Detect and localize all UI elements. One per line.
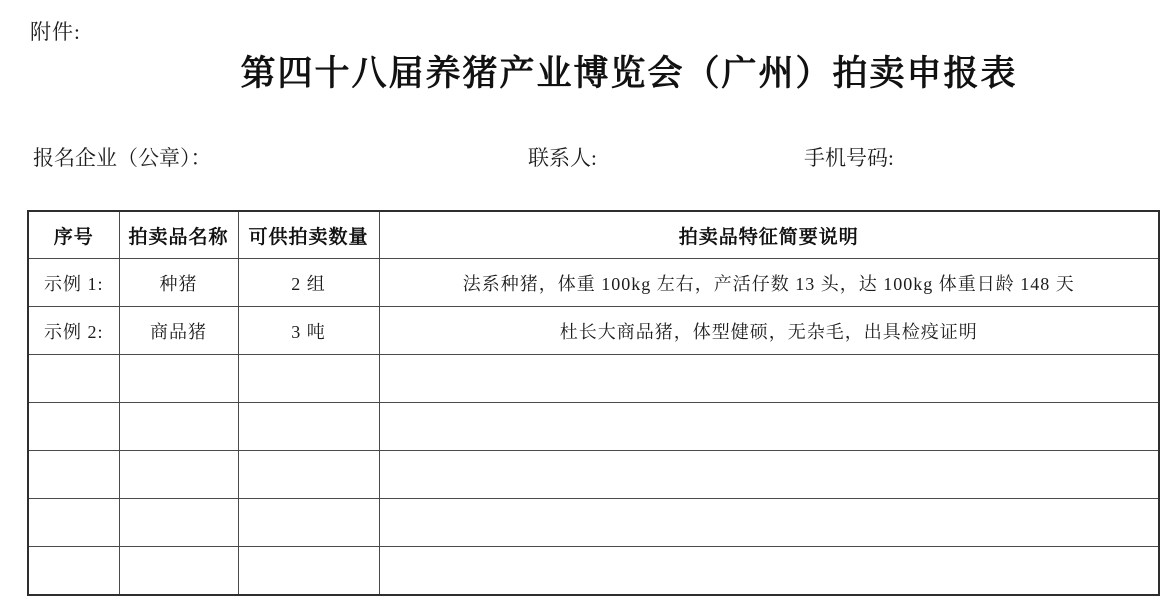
cell-seq: 示例 1: [28, 259, 119, 307]
column-header-qty: 可供拍卖数量 [238, 211, 379, 259]
table-row: 示例 2: 商品猪 3 吨 杜长大商品猪，体型健硕，无杂毛，出具检疫证明 [28, 307, 1159, 355]
table-row [28, 547, 1159, 596]
cell-name [119, 403, 238, 451]
applicant-company-label: 报名企业（公章）： [33, 142, 212, 172]
cell-seq [28, 451, 119, 499]
table-row [28, 403, 1159, 451]
column-header-desc: 拍卖品特征简要说明 [379, 211, 1159, 259]
phone-number-label: 手机号码: [804, 142, 894, 172]
cell-name [119, 451, 238, 499]
info-line: 报名企业（公章）： 联系人: 手机号码: [0, 142, 1173, 172]
table-row [28, 355, 1159, 403]
attachment-label: 附件: [30, 16, 81, 46]
cell-desc [379, 403, 1159, 451]
cell-qty [238, 547, 379, 596]
cell-qty [238, 499, 379, 547]
table-row [28, 499, 1159, 547]
cell-name [119, 547, 238, 596]
auction-declaration-table: 序号 拍卖品名称 可供拍卖数量 拍卖品特征简要说明 示例 1: 种猪 2 组 法… [27, 210, 1160, 596]
cell-qty [238, 403, 379, 451]
table-row: 示例 1: 种猪 2 组 法系种猪，体重 100kg 左右，产活仔数 13 头，… [28, 259, 1159, 307]
table-header-row: 序号 拍卖品名称 可供拍卖数量 拍卖品特征简要说明 [28, 211, 1159, 259]
cell-desc: 杜长大商品猪，体型健硕，无杂毛，出具检疫证明 [379, 307, 1159, 355]
table-row [28, 451, 1159, 499]
cell-name: 种猪 [119, 259, 238, 307]
page-title: 第四十八届养猪产业博览会（广州）拍卖申报表 [85, 46, 1173, 96]
cell-desc [379, 547, 1159, 596]
cell-qty [238, 451, 379, 499]
cell-desc [379, 451, 1159, 499]
cell-name [119, 499, 238, 547]
cell-desc [379, 355, 1159, 403]
cell-name [119, 355, 238, 403]
cell-seq [28, 499, 119, 547]
cell-desc [379, 499, 1159, 547]
cell-seq [28, 403, 119, 451]
cell-qty: 2 组 [238, 259, 379, 307]
cell-qty: 3 吨 [238, 307, 379, 355]
cell-seq: 示例 2: [28, 307, 119, 355]
column-header-seq: 序号 [28, 211, 119, 259]
column-header-name: 拍卖品名称 [119, 211, 238, 259]
cell-seq [28, 355, 119, 403]
document-page: 附件: 第四十八届养猪产业博览会（广州）拍卖申报表 报名企业（公章）： 联系人:… [0, 0, 1173, 616]
cell-name: 商品猪 [119, 307, 238, 355]
cell-qty [238, 355, 379, 403]
contact-person-label: 联系人: [528, 142, 597, 172]
cell-desc: 法系种猪，体重 100kg 左右，产活仔数 13 头，达 100kg 体重日龄 … [379, 259, 1159, 307]
cell-seq [28, 547, 119, 596]
